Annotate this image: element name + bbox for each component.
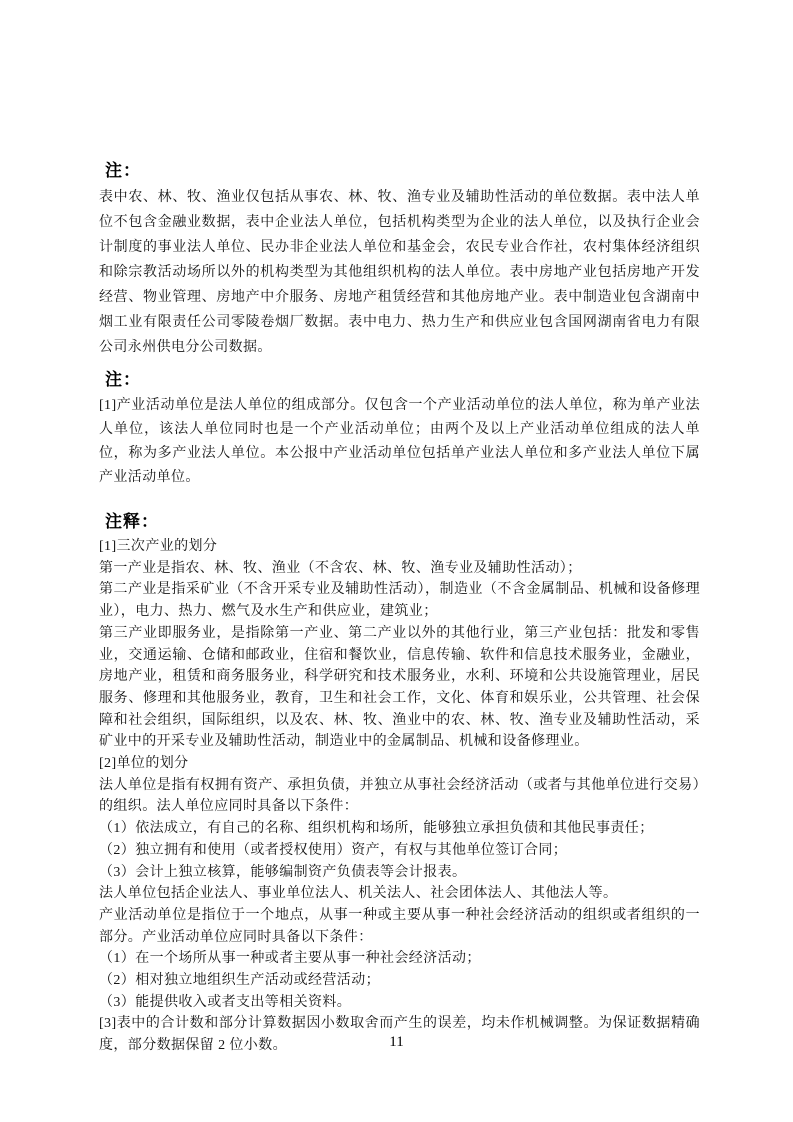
note-section-2: 注： [1]产业活动单位是法人单位的组成部分。仅包含一个产业活动单位的法人单位，… bbox=[99, 369, 700, 490]
annotation-line: （2）独立拥有和使用（或者授权使用）资产，有权与其他单位签订合同； bbox=[99, 840, 700, 862]
note-section-1: 注： 表中农、林、牧、渔业仅包括从事农、林、牧、渔专业及辅助性活动的单位数据。表… bbox=[99, 160, 700, 360]
page-number: 11 bbox=[0, 1034, 793, 1051]
annotation-line: （3）能提供收入或者支出等相关资料。 bbox=[99, 992, 700, 1014]
annotation-line: （1）依法成立，有自己的名称、组织机构和场所，能够独立承担负债和其他民事责任； bbox=[99, 818, 700, 840]
note-paragraph: 表中农、林、牧、渔业仅包括从事农、林、牧、渔专业及辅助性活动的单位数据。表中法人… bbox=[99, 185, 700, 360]
annotations-heading: 注释： bbox=[105, 511, 700, 532]
annotations-section: 注释： [1]三次产业的划分 第一产业是指农、林、牧、渔业（不含农、林、牧、渔专… bbox=[99, 511, 700, 1057]
annotation-line: （1）在一个场所从事一种或者主要从事一种社会经济活动； bbox=[99, 948, 700, 970]
annotation-line: 产业活动单位是指位于一个地点，从事一种或主要从事一种社会经济活动的组织或者组织的… bbox=[99, 905, 700, 948]
annotation-line: 法人单位是指有权拥有资产、承担负债，并独立从事社会经济活动（或者与其他单位进行交… bbox=[99, 775, 700, 818]
annotation-line: （3）会计上独立核算，能够编制资产负债表等会计报表。 bbox=[99, 862, 700, 884]
annotation-line: 第一产业是指农、林、牧、渔业（不含农、林、牧、渔专业及辅助性活动）； bbox=[99, 558, 700, 580]
note-heading-2: 注： bbox=[105, 369, 700, 390]
note-paragraph: [1]产业活动单位是法人单位的组成部分。仅包含一个产业活动单位的法人单位，称为单… bbox=[99, 394, 700, 490]
annotation-line: （2）相对独立地组织生产活动或经营活动； bbox=[99, 970, 700, 992]
annotation-line: [2]单位的划分 bbox=[99, 753, 700, 775]
annotation-line: 法人单位包括企业法人、事业单位法人、机关法人、社会团体法人、其他法人等。 bbox=[99, 883, 700, 905]
document-page: 注： 表中农、林、牧、渔业仅包括从事农、林、牧、渔专业及辅助性活动的单位数据。表… bbox=[0, 0, 793, 1122]
page-content: 注： 表中农、林、牧、渔业仅包括从事农、林、牧、渔专业及辅助性活动的单位数据。表… bbox=[99, 160, 700, 1057]
annotation-line: 第三产业即服务业，是指除第一产业、第二产业以外的其他行业，第三产业包括：批发和零… bbox=[99, 623, 700, 753]
annotation-line: 第二产业是指采矿业（不含开采专业及辅助性活动），制造业（不含金属制品、机械和设备… bbox=[99, 579, 700, 622]
annotation-line: [1]三次产业的划分 bbox=[99, 536, 700, 558]
note-heading-1: 注： bbox=[105, 160, 700, 181]
